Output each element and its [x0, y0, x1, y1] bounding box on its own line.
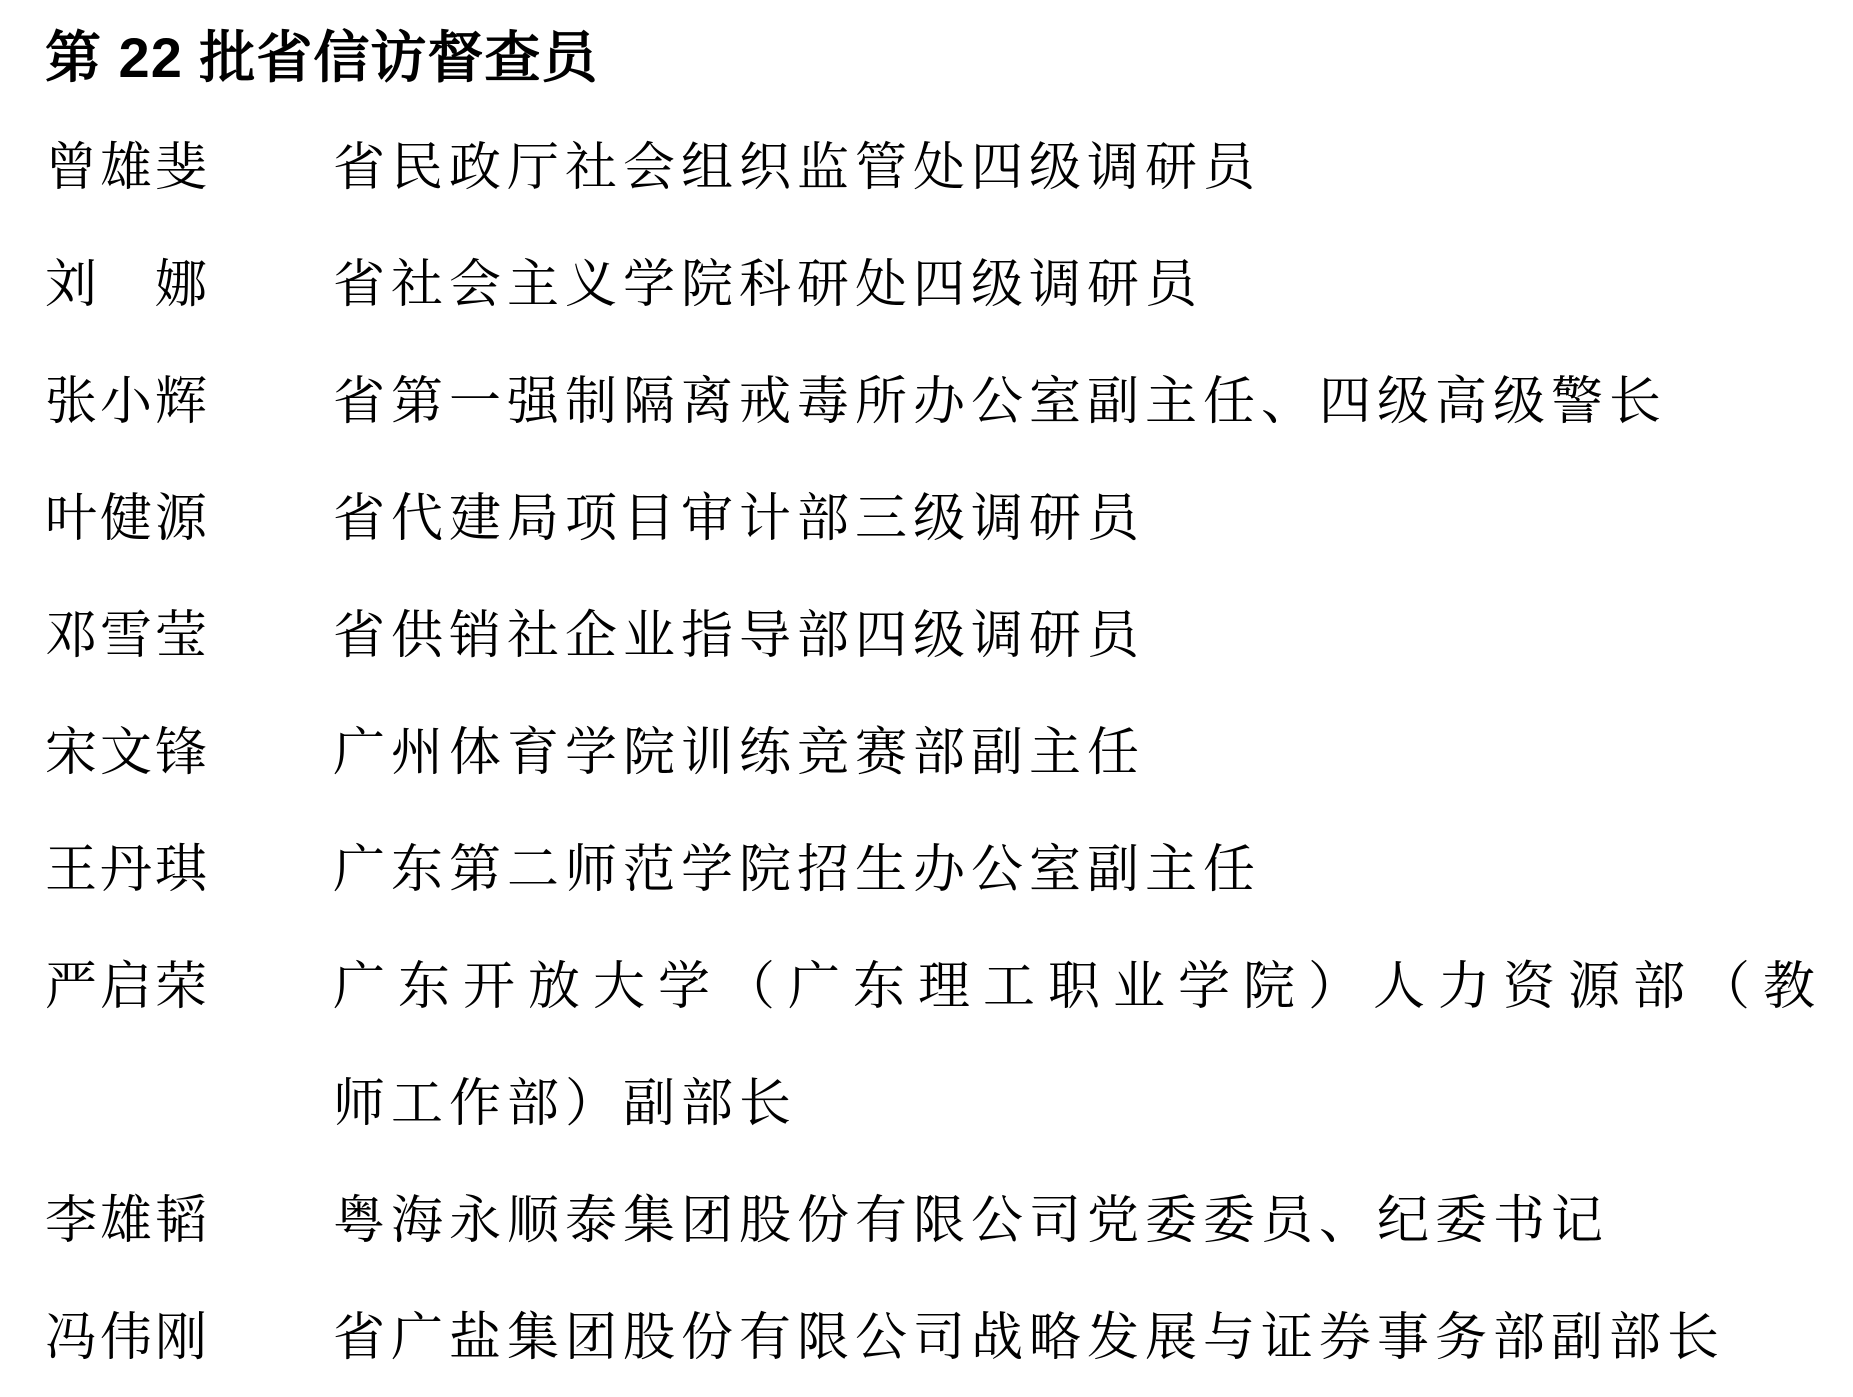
inspector-name: 张小辉: [45, 344, 333, 461]
inspector-name: 刘 娜: [45, 227, 333, 344]
inspector-position: 省社会主义学院科研处四级调研员: [333, 227, 1813, 344]
list-item: 王丹琪 广东第二师范学院招生办公室副主任: [45, 812, 1813, 929]
inspector-position: 省民政厅社会组织监管处四级调研员: [333, 110, 1813, 227]
inspector-position: 省广盐集团股份有限公司战略发展与证券事务部副部长: [333, 1280, 1813, 1397]
list-item: 宋文锋 广州体育学院训练竞赛部副主任: [45, 695, 1813, 812]
inspector-name: 冯伟刚: [45, 1280, 333, 1397]
inspector-name: 严启荣: [45, 929, 333, 1046]
position-line: 广州体育学院训练竞赛部副主任: [333, 695, 1813, 812]
inspector-position: 粤海永顺泰集团股份有限公司党委委员、纪委书记: [333, 1163, 1813, 1280]
position-line: 省民政厅社会组织监管处四级调研员: [333, 110, 1813, 227]
inspector-name: 邓雪莹: [45, 578, 333, 695]
position-line: 粤海永顺泰集团股份有限公司党委委员、纪委书记: [333, 1163, 1813, 1280]
list-item: 李雄韬 粤海永顺泰集团股份有限公司党委委员、纪委书记: [45, 1163, 1813, 1280]
list-item: 张小辉 省第一强制隔离戒毒所办公室副主任、四级高级警长: [45, 344, 1813, 461]
list-item: 冯伟刚 省广盐集团股份有限公司战略发展与证券事务部副部长: [45, 1280, 1813, 1397]
list-item: 严启荣 广东开放大学（广东理工职业学院）人力资源部（教 师工作部）副部长: [45, 929, 1813, 1163]
inspector-name: 李雄韬: [45, 1163, 333, 1280]
inspector-name: 宋文锋: [45, 695, 333, 812]
document-page: 第 22 批省信访督查员 曾雄斐 省民政厅社会组织监管处四级调研员 刘 娜 省社…: [0, 0, 1853, 1397]
position-line: 省广盐集团股份有限公司战略发展与证券事务部副部长: [333, 1280, 1813, 1397]
document-title: 第 22 批省信访督查员: [45, 14, 1813, 102]
inspector-list: 曾雄斐 省民政厅社会组织监管处四级调研员 刘 娜 省社会主义学院科研处四级调研员…: [45, 110, 1813, 1397]
position-line: 师工作部）副部长: [333, 1046, 1813, 1163]
inspector-position: 省代建局项目审计部三级调研员: [333, 461, 1813, 578]
inspector-position: 省第一强制隔离戒毒所办公室副主任、四级高级警长: [333, 344, 1813, 461]
position-line: 省第一强制隔离戒毒所办公室副主任、四级高级警长: [333, 344, 1813, 461]
position-line: 省社会主义学院科研处四级调研员: [333, 227, 1813, 344]
position-line: 广东开放大学（广东理工职业学院）人力资源部（教: [333, 929, 1813, 1046]
list-item: 刘 娜 省社会主义学院科研处四级调研员: [45, 227, 1813, 344]
inspector-position: 广东开放大学（广东理工职业学院）人力资源部（教 师工作部）副部长: [333, 929, 1813, 1163]
inspector-name: 叶健源: [45, 461, 333, 578]
list-item: 曾雄斐 省民政厅社会组织监管处四级调研员: [45, 110, 1813, 227]
position-line: 省供销社企业指导部四级调研员: [333, 578, 1813, 695]
inspector-name: 曾雄斐: [45, 110, 333, 227]
list-item: 邓雪莹 省供销社企业指导部四级调研员: [45, 578, 1813, 695]
position-line: 省代建局项目审计部三级调研员: [333, 461, 1813, 578]
inspector-position: 广东第二师范学院招生办公室副主任: [333, 812, 1813, 929]
inspector-name: 王丹琪: [45, 812, 333, 929]
inspector-position: 省供销社企业指导部四级调研员: [333, 578, 1813, 695]
inspector-position: 广州体育学院训练竞赛部副主任: [333, 695, 1813, 812]
list-item: 叶健源 省代建局项目审计部三级调研员: [45, 461, 1813, 578]
position-line: 广东第二师范学院招生办公室副主任: [333, 812, 1813, 929]
